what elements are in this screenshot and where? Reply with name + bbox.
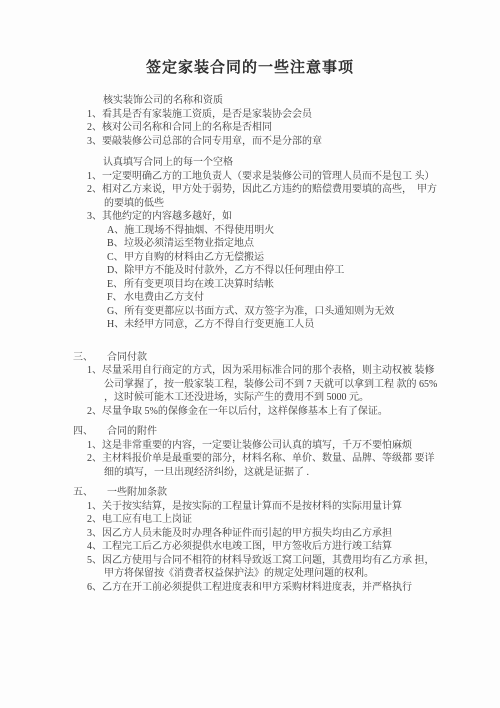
item-text: 因乙方使用与合同不相符的材料导致返工窝工问题，其费用均有乙方承 担， [102,555,435,566]
section-heading-text: 合同的附件 [107,426,157,437]
item-marker: E、 [107,278,124,292]
item-text: 乙方在开工前必须提供工程进度表和甲方采购材料进度表，并严格执行 [102,582,412,593]
item-text: 施工现场不得抽烟、不得使用明火 [124,225,274,236]
section-number: 三、 [73,351,107,365]
item-marker: 3、 [87,210,102,224]
section-heading-text: 合同付款 [107,352,147,363]
item-marker: 3、 [87,527,102,541]
item-text: 尽量采用自行商定的方式，因为采用标准合同的那个表格，则主动权被 装修 [102,365,435,376]
item-marker: 3、 [87,135,102,149]
item-text: 甲方自购的材料由乙方无偿搬运 [124,252,264,263]
list-item: A、施工现场不得抽烟、不得使用明火 [0,224,500,238]
item-text: 主材料报价单是最重要的部分，材料名称、单价、数量、品牌、等级都 要详 [102,453,435,464]
list-item: 1、这是非常重要的内容，一定要让装修公司认真的填写，千万不要怕麻烦 [0,439,500,453]
item-marker: 5、 [87,554,102,568]
item-marker: 1、 [87,500,102,514]
list-item: B、垃圾必须清运至物业指定地点 [0,237,500,251]
list-item: 3、因乙方人员未能及时办理各种证件而引起的甲方损失均由乙方承担 [0,527,500,541]
item-marker: 1、 [87,170,102,184]
section: 四、合同的附件1、这是非常重要的内容，一定要让装修公司认真的填写，千万不要怕麻烦… [0,425,500,479]
item-marker: C、 [107,251,124,265]
section-heading: 认真填写合同上的每一个空格 [0,156,500,170]
item-text: 所有变更项目均在竣工决算时结帐 [124,279,274,290]
section: 核实装饰公司的名称和资质1、看其是否有家装施工资质，是否是家装协会会员2、核对公… [0,94,500,148]
list-item: 6、乙方在开工前必须提供工程进度表和甲方采购材料进度表，并严格执行 [0,581,500,595]
list-item: 1、关于按实结算，是按实际的工程量计算而不是按材料的实际用量计算 [0,500,500,514]
list-item: H、未经甲方同意，乙方不得自行变更施工人员 [0,318,500,332]
list-item: D、除甲方不能及时付款外，乙方不得以任何理由停工 [0,264,500,278]
list-item-continuation: 公司掌握了，按一般家装工程，装修公司不到 7 天就可以拿到工程 款的 65% [0,378,500,392]
item-text: 工程完工后乙方必须提供水电竣工图，甲方签收后方进行竣工结算 [102,541,392,552]
section-heading-text: 核实装饰公司的名称和资质 [103,95,223,106]
list-item: G、所有变更都应以书面方式、双方签字为准，口头通知则为无效 [0,305,500,319]
item-text: 所有变更都应以书面方式、双方签字为准，口头通知则为无效 [124,306,394,317]
item-text: 要敲装修公司总部的合同专用章，而不是分部的章 [102,136,322,147]
item-text: 关于按实结算，是按实际的工程量计算而不是按材料的实际用量计算 [102,501,402,512]
item-marker: D、 [107,264,124,278]
item-marker: A、 [107,224,124,238]
item-marker: B、 [107,237,124,251]
item-marker: 2、 [87,405,102,419]
item-text: 除甲方不能及时付款外，乙方不得以任何理由停工 [124,265,344,276]
item-text: 核对公司名称和合同上的名称是否相同 [102,122,272,133]
list-item: F、水电费由乙方支付 [0,291,500,305]
list-item: 5、因乙方使用与合同不相符的材料导致返工窝工问题，其费用均有乙方承 担， [0,554,500,568]
item-marker: 1、 [87,108,102,122]
item-marker: 2、 [87,121,102,135]
item-text: 未经甲方同意，乙方不得自行变更施工人员 [124,319,314,330]
list-item: 1、看其是否有家装施工资质，是否是家装协会会员 [0,108,500,122]
item-text: 其他约定的内容越多越好，如 [102,211,232,222]
item-text: 电工应有电工上岗证 [102,514,192,525]
list-item: 4、工程完工后乙方必须提供水电竣工图，甲方签收后方进行竣工结算 [0,540,500,554]
item-text: 尽量争取 5%的保修金在一年以后付，这样保修基本上有了保证。 [102,406,388,417]
item-text: 水电费由乙方支付 [124,292,204,303]
list-item: 2、尽量争取 5%的保修金在一年以后付，这样保修基本上有了保证。 [0,405,500,419]
list-item: 2、电工应有电工上岗证 [0,513,500,527]
item-text: 这是非常重要的内容，一定要让装修公司认真的填写，千万不要怕麻烦 [102,440,412,451]
item-text: 垃圾必须清运至物业指定地点 [124,238,254,249]
section: 三、合同付款1、尽量采用自行商定的方式，因为采用标准合同的那个表格，则主动权被 … [0,351,500,419]
list-item-continuation: 细的填写，一旦出现经济纠纷，这就是证据了 . [0,466,500,480]
page-title: 签定家装合同的一些注意事项 [0,0,500,78]
section-heading: 五、一些附加条款 [0,486,500,500]
list-item: 3、要敲装修公司总部的合同专用章，而不是分部的章 [0,135,500,149]
item-text: 看其是否有家装施工资质，是否是家装协会会员 [102,109,312,120]
list-item: 1、一定要明确乙方的工地负责人（要求是装修公司的管理人员而不是包工 头） [0,170,500,184]
item-text: 相对乙方来说，甲方处于弱势，因此乙方违约的赔偿费用要填的高些， 甲方 [102,184,437,195]
item-text: 一定要明确乙方的工地负责人（要求是装修公司的管理人员而不是包工 头） [102,171,435,182]
list-item: 3、其他约定的内容越多越好，如 [0,210,500,224]
section-heading: 三、合同付款 [0,351,500,365]
item-marker: 2、 [87,513,102,527]
document-page: 签定家装合同的一些注意事项 核实装饰公司的名称和资质1、看其是否有家装施工资质，… [0,0,500,708]
list-item: 2、核对公司名称和合同上的名称是否相同 [0,121,500,135]
list-item-continuation: 甲方将保留按《消费者权益保护法》的规定处理问题的权利。 [0,567,500,581]
item-marker: 2、 [87,452,102,466]
section: 五、一些附加条款1、关于按实结算，是按实际的工程量计算而不是按材料的实际用量计算… [0,486,500,594]
item-marker: 4、 [87,540,102,554]
document-content: 核实装饰公司的名称和资质1、看其是否有家装施工资质，是否是家装协会会员2、核对公… [0,94,500,594]
item-marker: H、 [107,318,124,332]
list-item-continuation: 的要填的低些 [0,197,500,211]
list-item: 2、相对乙方来说，甲方处于弱势，因此乙方违约的赔偿费用要填的高些， 甲方 [0,183,500,197]
list-item: 1、尽量采用自行商定的方式，因为采用标准合同的那个表格，则主动权被 装修 [0,364,500,378]
item-marker: F、 [107,291,124,305]
item-marker: 1、 [87,364,102,378]
section-heading-text: 一些附加条款 [107,487,167,498]
section-number: 五、 [73,486,107,500]
list-item: E、所有变更项目均在竣工决算时结帐 [0,278,500,292]
section-heading-text: 认真填写合同上的每一个空格 [103,157,233,168]
item-marker: 6、 [87,581,102,595]
list-item-continuation: ，这时候可能木工还没进场，实际产生的费用不到 5000 元。 [0,391,500,405]
section-heading: 核实装饰公司的名称和资质 [0,94,500,108]
item-marker: 2、 [87,183,102,197]
section-heading: 四、合同的附件 [0,425,500,439]
section: 认真填写合同上的每一个空格1、一定要明确乙方的工地负责人（要求是装修公司的管理人… [0,156,500,332]
section-number: 四、 [73,425,107,439]
list-item: C、甲方自购的材料由乙方无偿搬运 [0,251,500,265]
item-text: 因乙方人员未能及时办理各种证件而引起的甲方损失均由乙方承担 [102,528,392,539]
item-marker: 1、 [87,439,102,453]
item-marker: G、 [107,305,124,319]
list-item: 2、主材料报价单是最重要的部分，材料名称、单价、数量、品牌、等级都 要详 [0,452,500,466]
